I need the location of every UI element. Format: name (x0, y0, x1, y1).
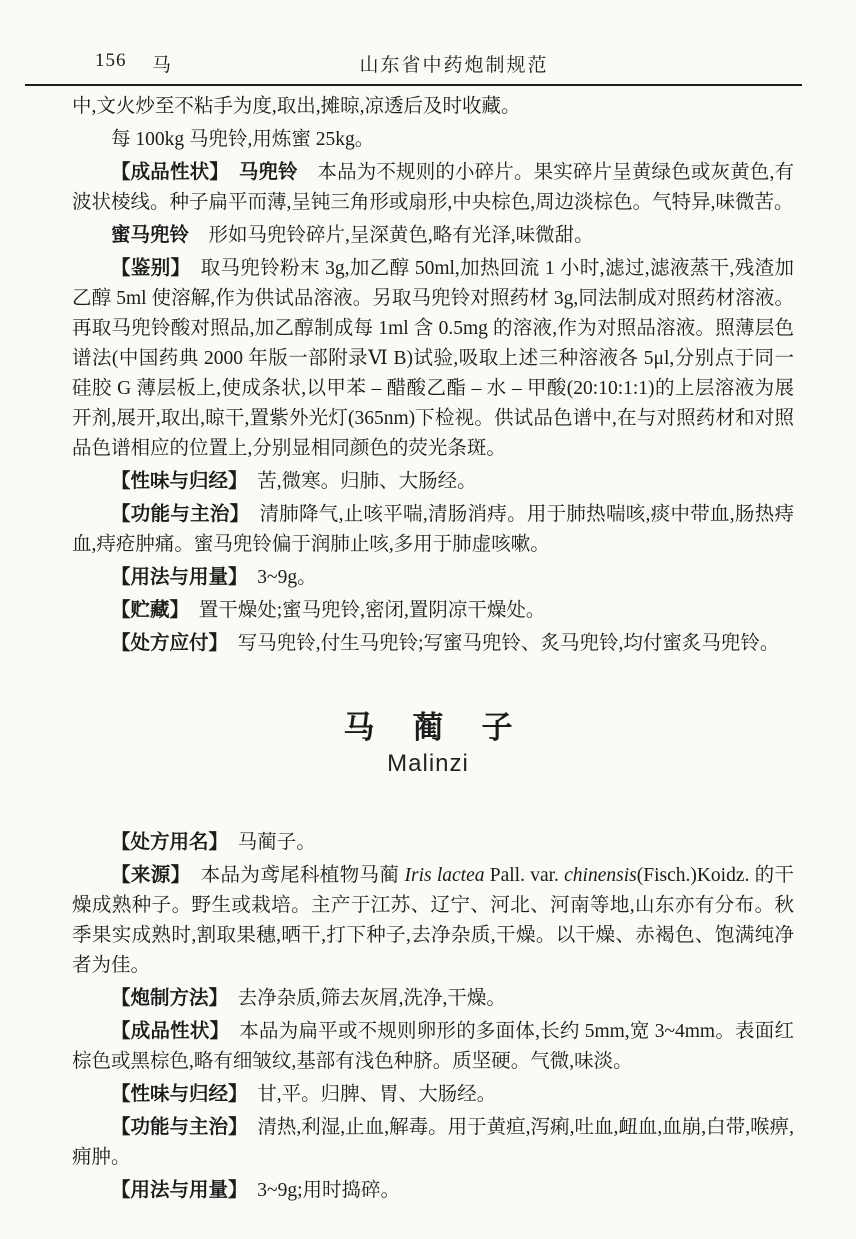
body-text-segment: 写马兜铃,付生马兜铃;写蜜马兜铃、炙马兜铃,均付蜜炙马兜铃。 (218, 633, 779, 654)
field-label-text: 【功能与主治】 (111, 1117, 238, 1138)
section-index-char: 马 (152, 50, 171, 77)
scanned-book-page: 156 马 山东省中药炮制规范 中,文火炒至不粘手为度,取出,摊晾,凉透后及时收… (0, 0, 856, 1239)
page-number: 156 (95, 50, 127, 72)
body-text-segment: 本品为鸢尾科植物马蔺 (181, 865, 405, 886)
paragraph: 【性味与归经】 甘,平。归脾、胃、大肠经。 (72, 1080, 794, 1110)
field-label-text: 【性味与归经】 (111, 1084, 238, 1105)
paragraph: 中,文火炒至不粘手为度,取出,摊晾,凉透后及时收藏。 (72, 92, 794, 122)
monograph-madouling-body: 中,文火炒至不粘手为度,取出,摊晾,凉透后及时收藏。每 100kg 马兜铃,用炼… (72, 92, 794, 662)
paragraph: 【功能与主治】 清热,利湿,止血,解毒。用于黄疸,泻痢,吐血,衄血,血崩,白带,… (72, 1113, 794, 1173)
body-text-segment: 去净杂质,筛去灰屑,洗净,干燥。 (218, 988, 506, 1009)
book-title: 山东省中药炮制规范 (254, 50, 654, 77)
field-label-text: 【处方应付】 (111, 633, 218, 654)
field-label-text: 【性味与归经】 (111, 471, 238, 492)
body-text-segment: 甘,平。归脾、胃、大肠经。 (238, 1084, 496, 1105)
field-label-text: 【功能与主治】 (111, 504, 240, 525)
paragraph: 每 100kg 马兜铃,用炼蜜 25kg。 (72, 125, 794, 155)
body-text-segment: 3~9g。 (238, 567, 317, 588)
paragraph: 【成品性状】 马兜铃 本品为不规则的小碎片。果实碎片呈黄绿色或灰黄色,有波状棱线… (72, 158, 794, 218)
field-label-text: 【来源】 (111, 865, 181, 886)
paragraph: 【用法与用量】 3~9g。 (72, 563, 794, 593)
body-text-segment: Iris lactea (405, 865, 485, 886)
field-label-text: 【鉴别】 (111, 258, 181, 279)
body-text-segment: chinensis (564, 865, 637, 886)
paragraph: 【用法与用量】 3~9g;用时捣碎。 (72, 1176, 794, 1206)
paragraph: 【处方应付】 写马兜铃,付生马兜铃;写蜜马兜铃、炙马兜铃,均付蜜炙马兜铃。 (72, 629, 794, 659)
body-text-segment: 置干燥处;蜜马兜铃,密闭,置阴凉干燥处。 (179, 600, 545, 621)
paragraph: 【性味与归经】 苦,微寒。归肺、大肠经。 (72, 467, 794, 497)
body-text-segment: 3~9g;用时捣碎。 (238, 1180, 400, 1201)
body-text-segment: 中,文火炒至不粘手为度,取出,摊晾,凉透后及时收藏。 (72, 96, 521, 117)
monograph-title-malinzi: 马蔺子 (128, 702, 728, 747)
field-label-text: 【贮藏】 (111, 600, 179, 621)
paragraph: 蜜马兜铃 形如马兜铃碎片,呈深黄色,略有光泽,味微甜。 (72, 221, 794, 251)
monograph-malinzi-body: 【处方用名】 马蔺子。【来源】 本品为鸢尾科植物马蔺 Iris lactea P… (72, 828, 794, 1209)
body-text-segment: 苦,微寒。归肺、大肠经。 (238, 471, 477, 492)
paragraph: 【鉴别】 取马兜铃粉末 3g,加乙醇 50ml,加热回流 1 小时,滤过,滤液蒸… (72, 254, 794, 464)
field-label-text: 【炮制方法】 (111, 988, 218, 1009)
field-label-text: 【成品性状】 (111, 1021, 220, 1042)
paragraph: 【功能与主治】 清肺降气,止咳平喘,清肠消痔。用于肺热喘咳,痰中带血,肠热痔血,… (72, 500, 794, 560)
field-label-text: 【用法与用量】 (111, 567, 238, 588)
paragraph: 【来源】 本品为鸢尾科植物马蔺 Iris lactea Pall. var. c… (72, 861, 794, 981)
body-text-segment: 每 100kg 马兜铃,用炼蜜 25kg。 (111, 129, 374, 150)
paragraph: 【处方用名】 马蔺子。 (72, 828, 794, 858)
field-label-text: 【成品性状】 马兜铃 (111, 162, 298, 183)
paragraph: 【成品性状】 本品为扁平或不规则卵形的多面体,长约 5mm,宽 3~4mm。表面… (72, 1017, 794, 1077)
body-text-segment: 形如马兜铃碎片,呈深黄色,略有光泽,味微甜。 (189, 225, 594, 246)
field-label-text: 【处方用名】 (111, 832, 218, 853)
body-text-segment: 马蔺子。 (218, 832, 316, 853)
paragraph: 【贮藏】 置干燥处;蜜马兜铃,密闭,置阴凉干燥处。 (72, 596, 794, 626)
field-label-text: 【用法与用量】 (111, 1180, 238, 1201)
paragraph: 【炮制方法】 去净杂质,筛去灰屑,洗净,干燥。 (72, 984, 794, 1014)
body-text-segment: Pall. var. (485, 865, 565, 886)
monograph-pinyin: Malinzi (128, 750, 728, 778)
field-label-text: 蜜马兜铃 (111, 225, 189, 246)
body-text-segment: 取马兜铃粉末 3g,加乙醇 50ml,加热回流 1 小时,滤过,滤液蒸干,残渣加… (72, 258, 794, 459)
header-rule (25, 84, 802, 86)
running-header: 156 马 山东省中药炮制规范 (0, 50, 856, 78)
